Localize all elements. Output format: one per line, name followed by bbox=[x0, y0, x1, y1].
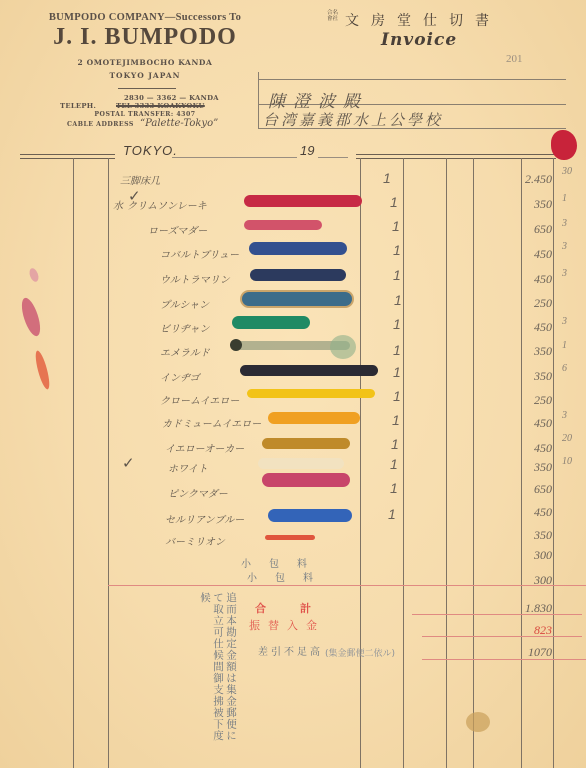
paint-swatch-yellow-ochre bbox=[262, 438, 350, 449]
shortfall-red-rule bbox=[422, 659, 586, 660]
item-qty: 1 bbox=[394, 292, 402, 308]
item-amount: 650 bbox=[520, 482, 552, 497]
margin-note: 3 bbox=[562, 316, 567, 327]
item-qty: 1 bbox=[383, 170, 391, 186]
paint-swatch-viridian bbox=[232, 316, 310, 329]
letterhead-divider bbox=[118, 88, 176, 89]
dateline-year: 19 bbox=[300, 143, 314, 158]
margin-note: 3 bbox=[562, 410, 567, 421]
item-label: セルリアンブルー bbox=[165, 511, 244, 526]
item-amount: 450 bbox=[520, 505, 552, 520]
item-qty: 1 bbox=[393, 342, 401, 358]
paint-smear bbox=[18, 296, 44, 338]
paint-smear bbox=[33, 350, 52, 391]
paint-swatch-cadmium-yellow bbox=[268, 412, 360, 424]
margin-note: 30 bbox=[562, 166, 572, 177]
margin-note: 6 bbox=[562, 363, 567, 374]
letterhead-phone: 2830 — 3362 — KANDA bbox=[124, 94, 219, 102]
shortfall-amount: 1070 bbox=[520, 645, 552, 660]
letterhead-company-name: J. I. BUMPODO bbox=[30, 24, 260, 51]
margin-note: 1 bbox=[562, 340, 567, 351]
margin-note: 3 bbox=[562, 268, 567, 279]
customer-rule-1 bbox=[258, 79, 566, 80]
item-amount: 450 bbox=[520, 320, 552, 335]
item-label: カドミュームイエロー bbox=[162, 415, 261, 430]
item-qty: 1 bbox=[393, 316, 401, 332]
item-label: クロームイエロー bbox=[160, 392, 239, 407]
title-japanese: 文房堂仕切書 bbox=[345, 10, 501, 30]
vertical-payment-note: 追而本勘定金額は集金郵便にて取立可仕候間御支拂被下度候 bbox=[198, 592, 237, 748]
invoice-document: BUMPODO COMPANY—Successors To J. I. BUMP… bbox=[0, 0, 586, 768]
paint-swatch-cerulean-blue bbox=[268, 509, 352, 522]
dateline-city: TOKYO. bbox=[123, 143, 178, 158]
letterhead-successors-line: BUMPODO COMPANY—Successors To bbox=[30, 12, 260, 23]
paint-swatch-chrome-yellow bbox=[247, 389, 375, 398]
item-label: バーミリオン bbox=[165, 533, 225, 548]
item-amount: 350 bbox=[520, 197, 552, 212]
item-amount: 250 bbox=[520, 296, 552, 311]
item-qty: 1 bbox=[393, 267, 401, 283]
dateline-rule bbox=[172, 157, 297, 158]
total-label: 合計 bbox=[255, 600, 345, 616]
paint-swatch-vermilion bbox=[265, 535, 315, 540]
margin-note: 1 bbox=[562, 193, 567, 204]
red-seal-stain bbox=[551, 130, 577, 160]
item-label: インヂゴ bbox=[160, 369, 200, 384]
item-qty: 1 bbox=[392, 412, 400, 428]
table-top-double-rule bbox=[356, 154, 556, 159]
item-label: エメラルド bbox=[160, 344, 210, 359]
invoice-number: 201 bbox=[506, 53, 523, 65]
item-amount: 350 bbox=[520, 460, 552, 475]
item-amount: 450 bbox=[520, 416, 552, 431]
paint-swatch-white bbox=[258, 458, 344, 469]
item-qty: 1 bbox=[391, 436, 399, 452]
letterhead-city: TOKYO JAPAN bbox=[30, 71, 260, 80]
shortfall-label: 差引不足高 bbox=[258, 643, 323, 658]
item-label: ビリヂャン bbox=[160, 320, 210, 335]
item-label: 三脚床几 bbox=[120, 172, 160, 187]
item-qty: 1 bbox=[393, 364, 401, 380]
item-amount: 250 bbox=[520, 393, 552, 408]
shortfall-note: (集金郵便二依ル) bbox=[325, 646, 395, 659]
letterhead-cable-label: CABLE ADDRESS bbox=[67, 121, 134, 128]
title-invoice: Invoice bbox=[381, 30, 457, 50]
margin-note: 3 bbox=[562, 218, 567, 229]
item-label: イエローオーカー bbox=[165, 440, 244, 455]
item-label: ホワイト bbox=[168, 460, 208, 475]
item-label: ピンクマダー bbox=[168, 485, 228, 500]
item-amount: 350 bbox=[520, 344, 552, 359]
letterhead-tel-label: TELEPH. bbox=[60, 102, 96, 110]
column-line bbox=[473, 158, 474, 768]
item-amount: 450 bbox=[520, 441, 552, 456]
margin-note: 10 bbox=[562, 456, 572, 467]
item-qty: 1 bbox=[390, 480, 398, 496]
paint-swatch-crimson-lake bbox=[244, 195, 362, 207]
customer-address: 台湾嘉義郡水上公學校 bbox=[263, 109, 443, 130]
letterhead-postal: POSTAL TRANSFER: 4307 bbox=[30, 111, 260, 118]
summary-red-rule bbox=[108, 585, 586, 586]
paint-blot bbox=[230, 339, 242, 351]
item-amount: 350 bbox=[520, 369, 552, 384]
paint-swatch-indigo bbox=[240, 365, 378, 376]
item-amount: 650 bbox=[520, 222, 552, 237]
item-amount: 2.450 bbox=[520, 172, 552, 187]
customer-box-edge bbox=[258, 72, 259, 128]
dateline-double-rule-left bbox=[20, 154, 115, 159]
paint-swatch-rose-madder bbox=[244, 220, 322, 230]
item-qty: 1 bbox=[390, 456, 398, 472]
item-label: プルシャン bbox=[160, 296, 209, 311]
paint-swatch-ultramarine bbox=[250, 269, 346, 281]
postage-amount-1: 300 bbox=[520, 548, 552, 563]
postage-label-2: 小包料 bbox=[247, 569, 331, 584]
item-qty: 1 bbox=[392, 218, 400, 234]
column-line bbox=[446, 158, 447, 768]
paint-swatch-pink-madder bbox=[262, 473, 350, 487]
item-label: 水クリムソンレーキ bbox=[113, 197, 207, 212]
item-amount: 350 bbox=[520, 528, 552, 543]
column-line bbox=[553, 158, 554, 768]
letterhead-cable-address: “Palette-Tokyo” bbox=[140, 118, 218, 129]
letterhead-tel-struck: TEL 3333 KOAKYOKU bbox=[116, 102, 224, 110]
column-line bbox=[73, 158, 74, 768]
company-type-prefix: 合名 會社 bbox=[327, 10, 341, 22]
postage-label-1: 小包料 bbox=[241, 555, 325, 570]
item-label: ウルトラマリン bbox=[160, 271, 230, 286]
dateline-rule-2 bbox=[318, 157, 348, 158]
margin-note: 3 bbox=[562, 241, 567, 252]
item-label: ローズマダー bbox=[148, 222, 207, 237]
item-label: コバルトブリュー bbox=[160, 246, 239, 261]
item-qty: 1 bbox=[388, 506, 396, 522]
column-line bbox=[360, 158, 361, 768]
item-qty: 1 bbox=[390, 194, 398, 210]
paint-swatch-prussian-blue bbox=[242, 292, 352, 306]
transfer-label: 振替入金 bbox=[249, 617, 325, 633]
item-qty: 1 bbox=[393, 388, 401, 404]
margin-note: 20 bbox=[562, 433, 572, 444]
item-qty: 1 bbox=[393, 242, 401, 258]
paper-stain bbox=[466, 712, 490, 732]
column-line bbox=[403, 158, 404, 768]
paint-smear bbox=[28, 267, 40, 283]
paint-bleed bbox=[330, 335, 356, 359]
total-red-rule bbox=[412, 614, 582, 615]
transfer-red-rule bbox=[422, 636, 582, 637]
column-line bbox=[108, 158, 109, 768]
paint-swatch-cobalt-blue bbox=[249, 242, 347, 255]
item-amount: 450 bbox=[520, 272, 552, 287]
item-amount: 450 bbox=[520, 247, 552, 262]
check-mark-icon: ✓ bbox=[122, 454, 135, 472]
letterhead-address: 2 OMOTEJIMBOCHO KANDA bbox=[30, 58, 260, 67]
